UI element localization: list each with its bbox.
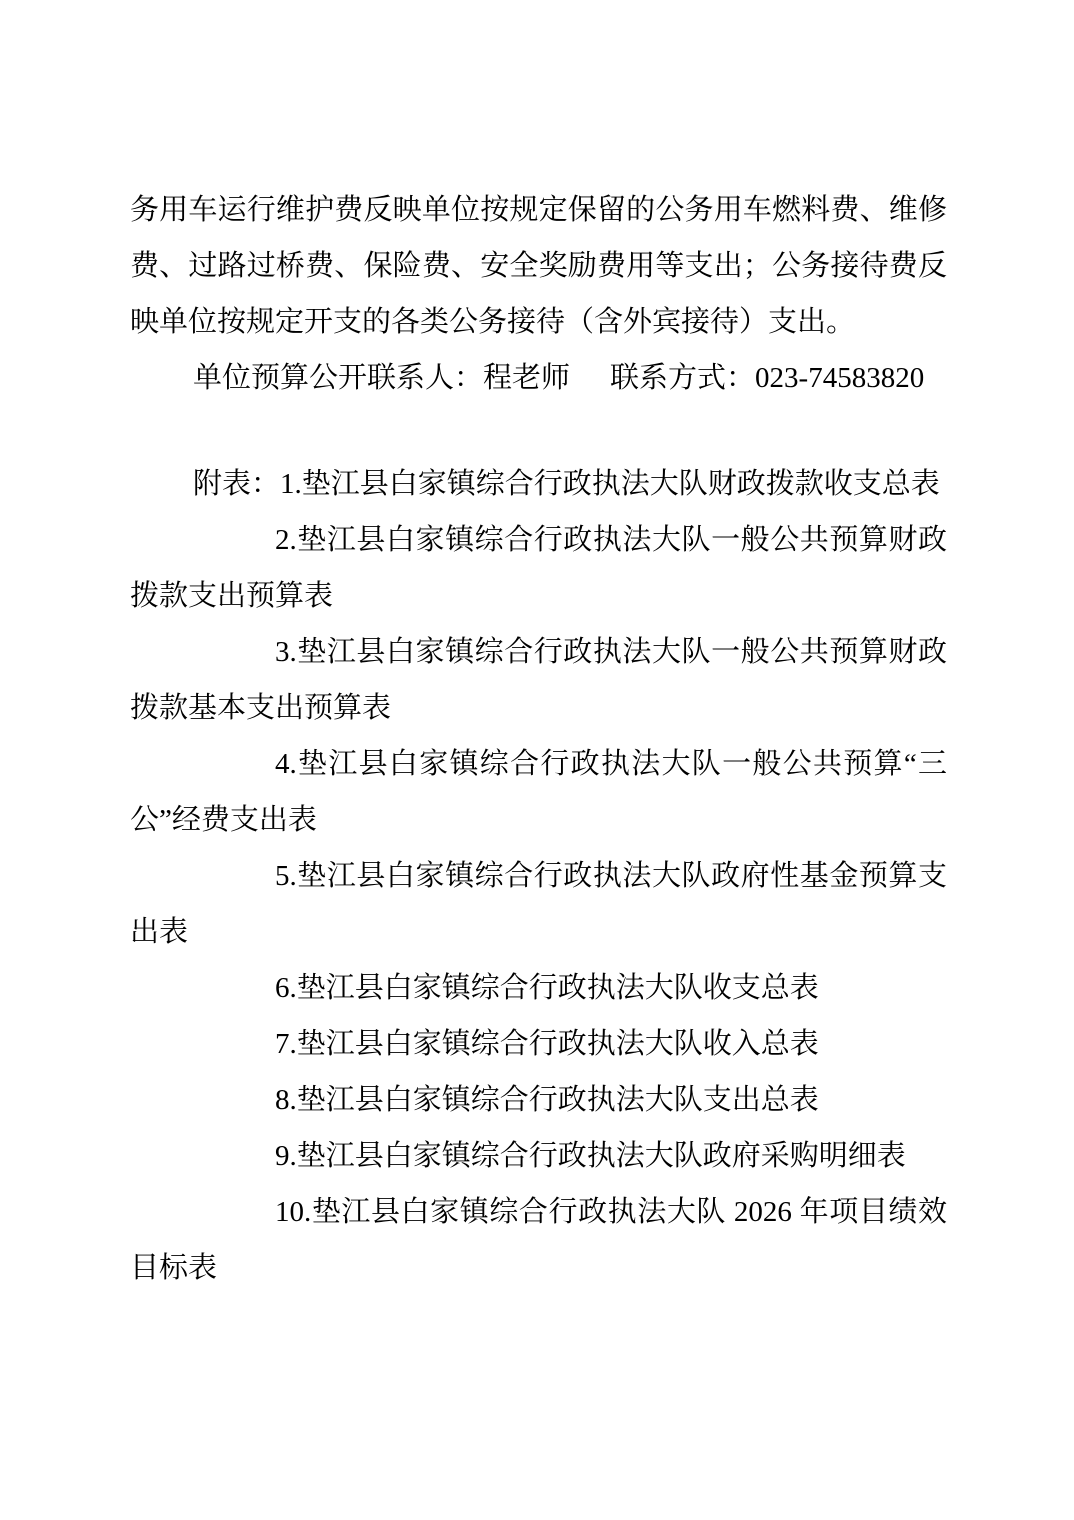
document-text-block: 务用车运行维护费反映单位按规定保留的公务用车燃料费、维修 费、过路过桥费、保险费… (130, 182, 947, 1296)
paragraph-line-3: 映单位按规定开支的各类公务接待（含外宾接待）支出。 (130, 294, 947, 350)
contact-line: 单位预算公开联系人：程老师联系方式：023-74583820 (130, 350, 947, 406)
contact-person-name: 程老师 (483, 362, 570, 394)
appendix-item-10-line-1: 10.垫江县白家镇综合行政执法大队 2026 年项目绩效 (130, 1184, 947, 1240)
appendix-item-3-line-1: 3.垫江县白家镇综合行政执法大队一般公共预算财政 (130, 624, 947, 680)
appendix-item-1: 1.垫江县白家镇综合行政执法大队财政拨款收支总表 (280, 468, 940, 500)
paragraph-line-2: 费、过路过桥费、保险费、安全奖励费用等支出；公务接待费反 (130, 238, 947, 294)
appendix-item-2-line-1: 2.垫江县白家镇综合行政执法大队一般公共预算财政 (130, 512, 947, 568)
appendix-lead-label: 附表： (193, 468, 280, 500)
blank-line-spacer (130, 406, 947, 456)
contact-phone-number: 023-74583820 (755, 362, 924, 394)
appendix-item-1-line: 附表：1.垫江县白家镇综合行政执法大队财政拨款收支总表 (130, 456, 947, 512)
contact-person-label: 单位预算公开联系人： (193, 362, 483, 394)
appendix-item-5-line-1: 5.垫江县白家镇综合行政执法大队政府性基金预算支 (130, 848, 947, 904)
appendix-item-5-line-2: 出表 (130, 904, 947, 960)
contact-method-label: 联系方式： (610, 362, 755, 394)
appendix-item-4-line-1: 4.垫江县白家镇综合行政执法大队一般公共预算“三 (130, 736, 947, 792)
paragraph-line-1: 务用车运行维护费反映单位按规定保留的公务用车燃料费、维修 (130, 182, 947, 238)
document-page: 务用车运行维护费反映单位按规定保留的公务用车燃料费、维修 费、过路过桥费、保险费… (0, 0, 1074, 1520)
appendix-item-2-line-2: 拨款支出预算表 (130, 568, 947, 624)
appendix-item-8-line: 8.垫江县白家镇综合行政执法大队支出总表 (130, 1072, 947, 1128)
appendix-item-9-line: 9.垫江县白家镇综合行政执法大队政府采购明细表 (130, 1128, 947, 1184)
appendix-item-10-line-2: 目标表 (130, 1240, 947, 1296)
appendix-item-4-line-2: 公”经费支出表 (130, 792, 947, 848)
appendix-item-6-line: 6.垫江县白家镇综合行政执法大队收支总表 (130, 960, 947, 1016)
appendix-item-7-line: 7.垫江县白家镇综合行政执法大队收入总表 (130, 1016, 947, 1072)
appendix-item-3-line-2: 拨款基本支出预算表 (130, 680, 947, 736)
